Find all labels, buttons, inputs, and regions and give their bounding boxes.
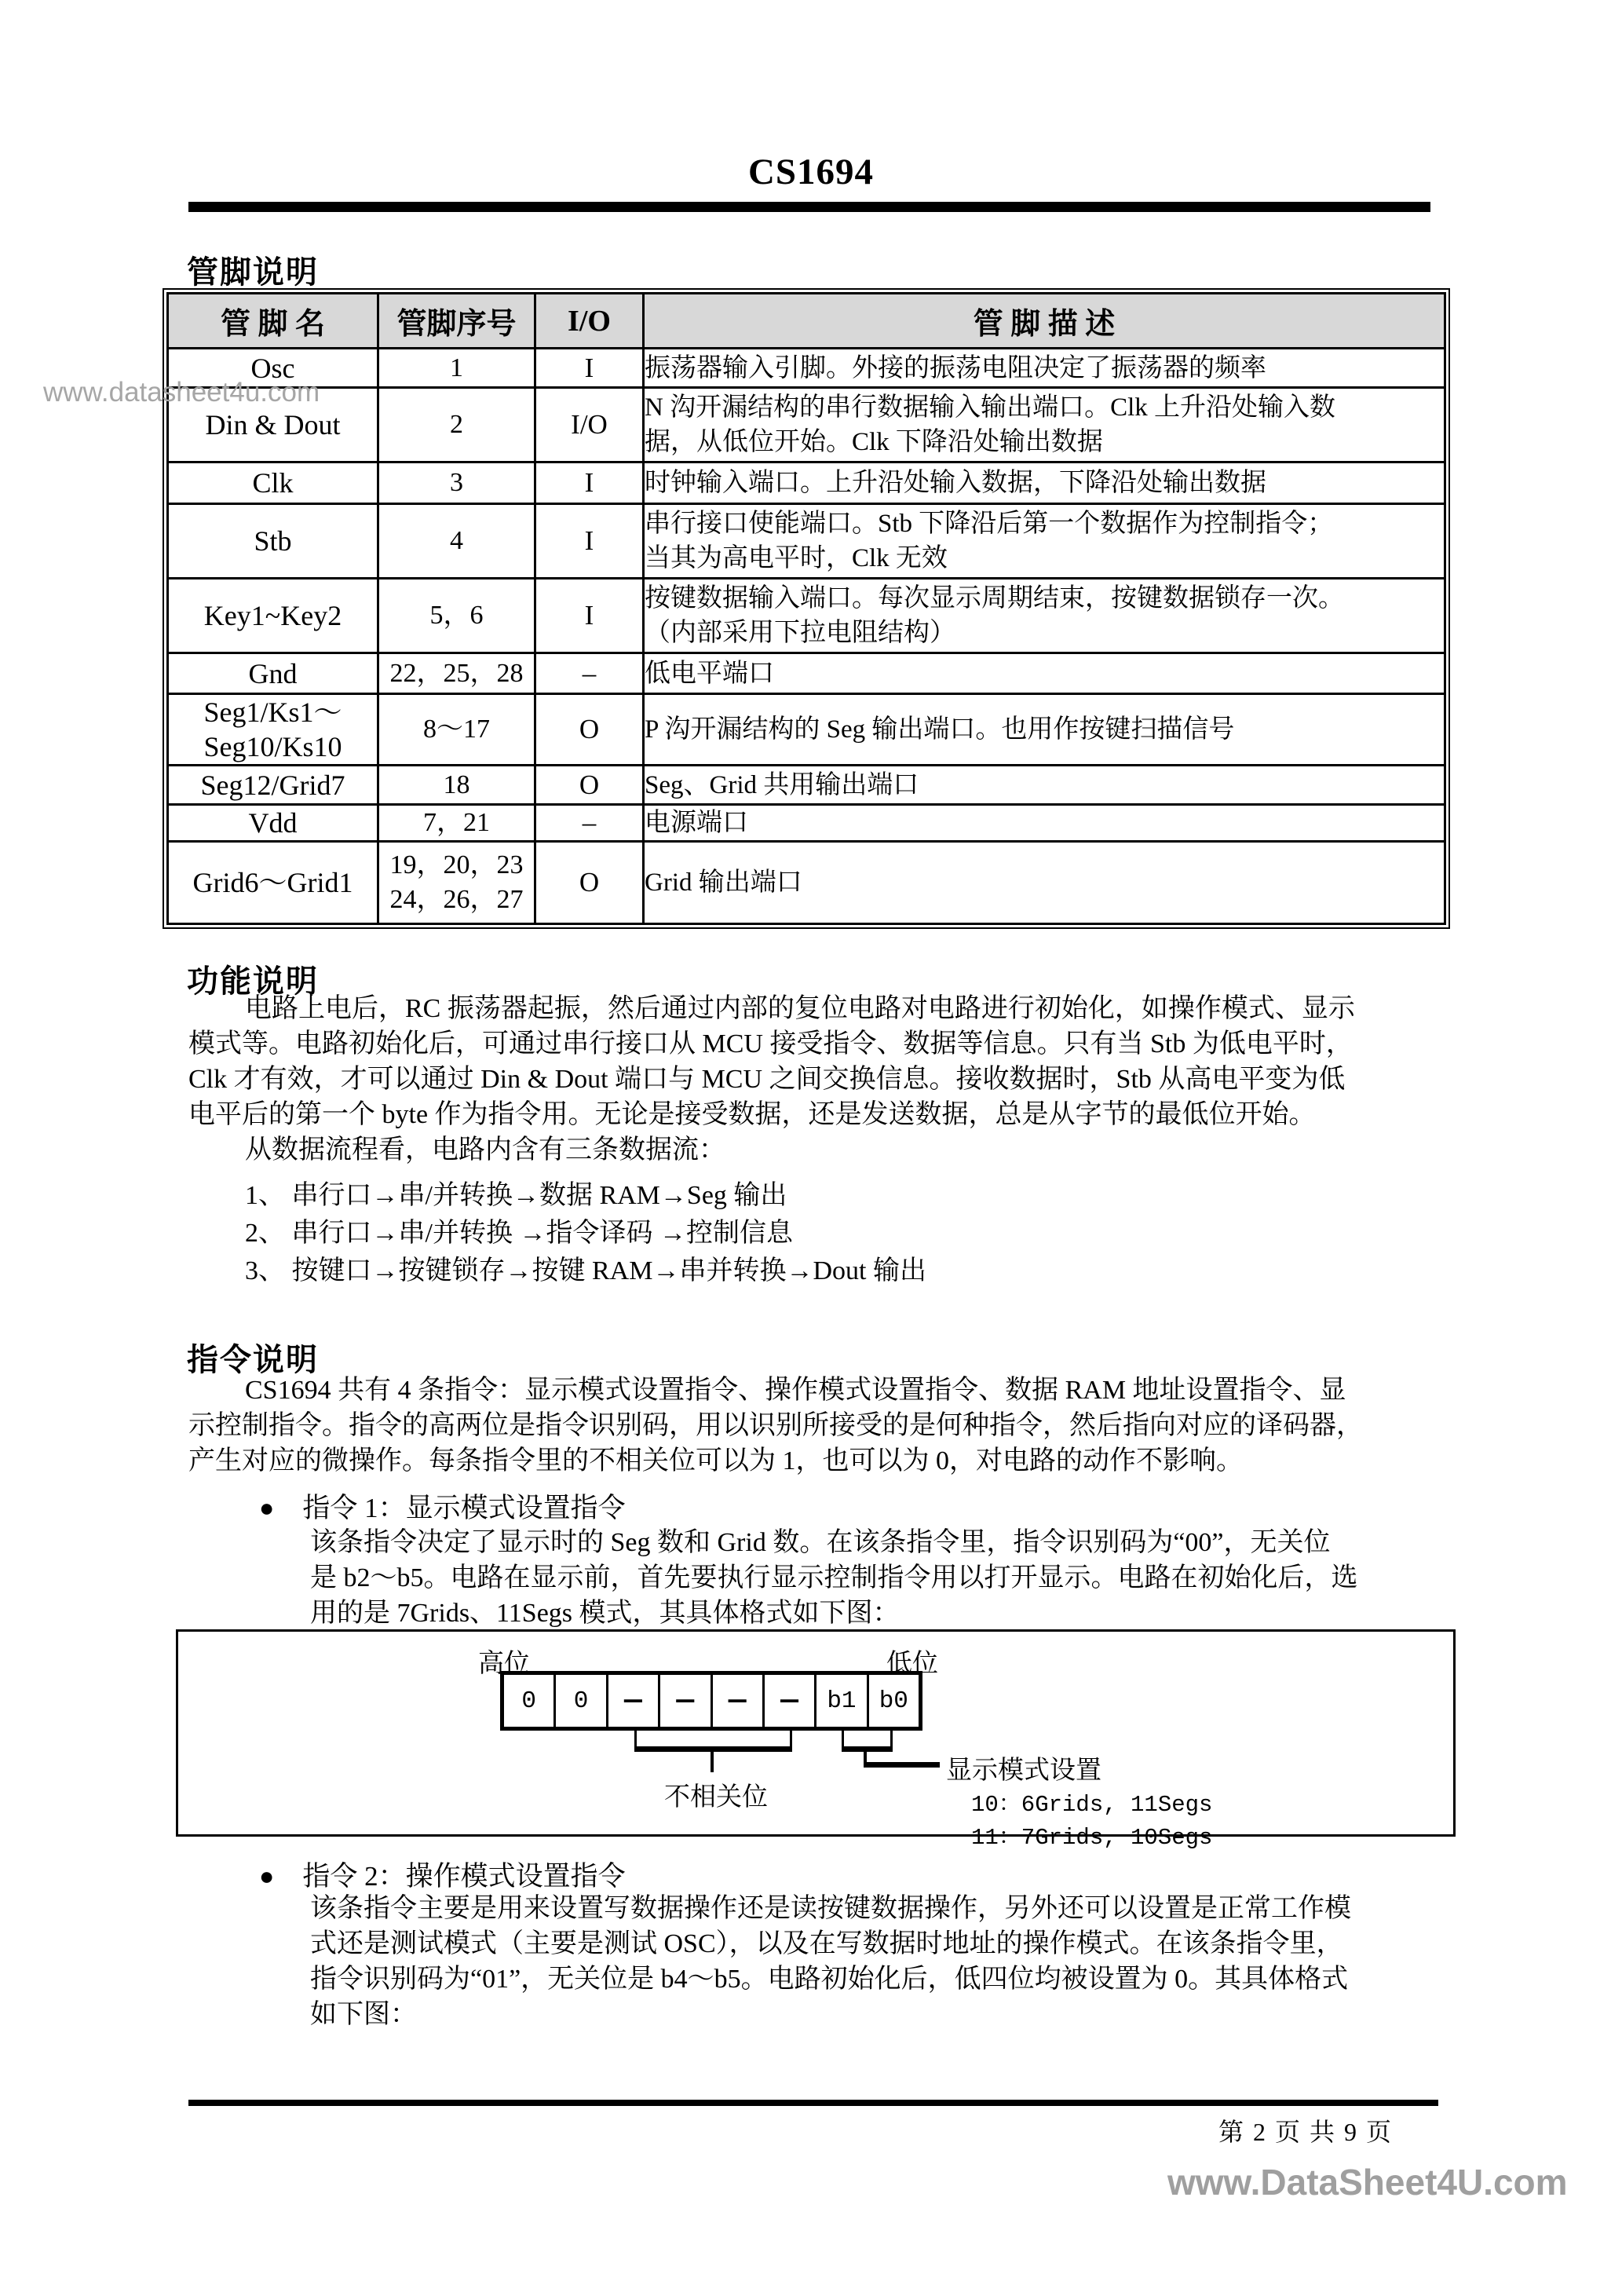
table-row: Osc 1 I 振荡器输入引脚。外接的振荡电阻决定了振荡器的频率: [168, 349, 1445, 388]
bracket-line: [842, 1731, 844, 1746]
pin-io: I: [535, 349, 644, 388]
page-title: CS1694: [0, 151, 1622, 193]
pin-number: 2: [378, 388, 535, 462]
pin-desc: 低电平端口: [644, 653, 1445, 694]
data-flow-item: 1、 串行口→串/并转换→数据 RAM→Seg 输出: [188, 1177, 1452, 1215]
instruction-2-heading: ●指令 2：操作模式设置指令: [259, 1855, 626, 1894]
bit-cell-b7: 0: [504, 1675, 556, 1727]
bracket-line: [890, 1731, 893, 1746]
bit-cell-b5: —: [608, 1675, 660, 1727]
bracket-line: [634, 1731, 637, 1746]
bit-cell-b2: —: [765, 1675, 816, 1727]
table-row: Key1~Key2 5，6 I 按键数据输入端口。每次显示周期结束，按键数据锁存…: [168, 579, 1445, 653]
bit-cell-b3: —: [713, 1675, 765, 1727]
pin-io: O: [535, 842, 644, 924]
paragraph-line: 指令识别码为“01”，无关位是 b4～b5。电路初始化后，低四位均被设置为 0。…: [310, 1961, 1456, 1997]
paragraph-line: Clk 才有效，才可以通过 Din & Dout 端口与 MCU 之间交换信息。…: [188, 1062, 1452, 1097]
table-row: Clk 3 I 时钟输入端口。上升沿处输入数据，下降沿处输出数据: [168, 462, 1445, 504]
pin-name: Gnd: [168, 653, 378, 694]
footer-rule: [188, 2100, 1438, 2106]
pin-io: O: [535, 694, 644, 766]
paragraph-line: 示控制指令。指令的高两位是指令识别码，用以识别所接受的是何种指令，然后指向对应的…: [188, 1408, 1452, 1443]
instruction-intro: CS1694 共有 4 条指令：显示模式设置指令、操作模式设置指令、数据 RAM…: [188, 1373, 1452, 1479]
data-flow-list: 1、 串行口→串/并转换→数据 RAM→Seg 输出 2、 串行口→串/并转换 …: [188, 1177, 1452, 1290]
paragraph-line: 从数据流程看，电路内含有三条数据流：: [188, 1132, 1452, 1168]
pin-name: Stb: [168, 504, 378, 579]
pin-number: 7，21: [378, 805, 535, 842]
instruction-1-heading: ●指令 1：显示模式设置指令: [259, 1486, 626, 1526]
table-row: Grid6～Grid1 19，20，2324，26，27 O Grid 输出端口: [168, 842, 1445, 924]
pin-io: –: [535, 805, 644, 842]
instruction-1-label: 指令 1：显示模式设置指令: [302, 1493, 625, 1523]
bit-cell-b4: —: [660, 1675, 712, 1727]
col-header-number: 管脚序号: [378, 294, 535, 349]
pin-io: O: [535, 766, 644, 805]
paragraph-line: 如下图：: [310, 1997, 1456, 2032]
pin-number: 22，25，28: [378, 653, 535, 694]
bullet-icon: ●: [259, 1862, 274, 1891]
command1-format-figure: 高位 低位 0 0 — — — — b1 b0 不相关位 显示模式设置 10：6…: [176, 1629, 1456, 1837]
col-header-io: I/O: [535, 294, 644, 349]
bit-cell-b6: 0: [556, 1675, 608, 1727]
irrelevant-bits-label: 不相关位: [649, 1776, 783, 1813]
data-flow-item: 2、 串行口→串/并转换 →指令译码 →控制信息: [188, 1215, 1452, 1252]
pin-table: 管 脚 名 管脚序号 I/O 管 脚 描 述 Osc 1 I 振荡器输入引脚。外…: [163, 288, 1450, 929]
data-flow-item: 3、 按键口→按键锁存→按键 RAM→串并转换→Dout 输出: [188, 1252, 1452, 1290]
table-row: Gnd 22，25，28 – 低电平端口: [168, 653, 1445, 694]
pin-number: 8～17: [378, 694, 535, 766]
table-row: Vdd 7，21 – 电源端口: [168, 805, 1445, 842]
bracket-line: [864, 1762, 940, 1768]
instruction-2-label: 指令 2：操作模式设置指令: [302, 1861, 625, 1892]
bit-field-row: 0 0 — — — — b1 b0: [500, 1671, 922, 1731]
pin-number: 19，20，2324，26，27: [378, 842, 535, 924]
instruction-2-body: 该条指令主要是用来设置写数据操作还是读按键数据操作，另外还可以设置是正常工作模 …: [310, 1891, 1456, 2032]
pin-number: 4: [378, 504, 535, 579]
pin-desc: P 沟开漏结构的 Seg 输出端口。也用作按键扫描信号: [644, 694, 1445, 766]
pin-number: 3: [378, 462, 535, 504]
bit-cell-b1: b1: [816, 1675, 868, 1727]
pin-desc: 按键数据输入端口。每次显示周期结束，按键数据锁存一次。（内部采用下拉电阻结构）: [644, 579, 1445, 653]
pin-number: 18: [378, 766, 535, 805]
bullet-icon: ●: [259, 1493, 274, 1523]
pin-name: Vdd: [168, 805, 378, 842]
paragraph-line: 该条指令决定了显示时的 Seg 数和 Grid 数。在该条指令里，指令识别码为“…: [310, 1525, 1456, 1560]
display-mode-label: 显示模式设置: [946, 1749, 1101, 1786]
function-description: 电路上电后，RC 振荡器起振，然后通过内部的复位电路对电路进行初始化，如操作模式…: [188, 991, 1452, 1290]
bracket-line: [634, 1746, 792, 1752]
mode-option-2: 11：7Grids, 10Segs: [971, 1819, 1212, 1851]
table-header-row: 管 脚 名 管脚序号 I/O 管 脚 描 述: [168, 294, 1445, 349]
watermark-top-left: www.datasheet4u.com: [43, 377, 320, 408]
section-title-pins: 管脚说明: [187, 247, 319, 292]
paragraph-line: 电平后的第一个 byte 作为指令用。无论是接受数据，还是发送数据，总是从字节的…: [188, 1097, 1452, 1132]
pin-desc: 时钟输入端口。上升沿处输入数据，下降沿处输出数据: [644, 462, 1445, 504]
page-number: 第 2 页 共 9 页: [1218, 2112, 1393, 2148]
pin-name: Key1~Key2: [168, 579, 378, 653]
mode-option-1: 10：6Grids, 11Segs: [971, 1786, 1212, 1818]
col-header-desc: 管 脚 描 述: [644, 294, 1445, 349]
pin-desc: 串行接口使能端口。Stb 下降沿后第一个数据作为控制指令；当其为高电平时，Clk…: [644, 504, 1445, 579]
pin-number: 1: [378, 349, 535, 388]
table-row: Din & Dout 2 I/O N 沟开漏结构的串行数据输入输出端口。Clk …: [168, 388, 1445, 462]
pin-name: Seg12/Grid7: [168, 766, 378, 805]
pin-desc: 振荡器输入引脚。外接的振荡电阻决定了振荡器的频率: [644, 349, 1445, 388]
pin-desc: 电源端口: [644, 805, 1445, 842]
pin-io: I: [535, 462, 644, 504]
instruction-1-body: 该条指令决定了显示时的 Seg 数和 Grid 数。在该条指令里，指令识别码为“…: [310, 1525, 1456, 1631]
title-rule: [188, 202, 1430, 212]
bit-cell-b0: b0: [869, 1675, 919, 1727]
pin-name: Seg1/Ks1～Seg10/Ks10: [168, 694, 378, 766]
bracket-line: [711, 1752, 714, 1772]
pin-io: I/O: [535, 388, 644, 462]
paragraph-line: 式还是测试模式（主要是测试 OSC），以及在写数据时地址的操作模式。在该条指令里…: [310, 1926, 1456, 1961]
pin-name: Grid6～Grid1: [168, 842, 378, 924]
paragraph-line: 用的是 7Grids、11Segs 模式，其具体格式如下图：: [310, 1596, 1456, 1631]
pin-desc: Seg、Grid 共用输出端口: [644, 766, 1445, 805]
pin-io: –: [535, 653, 644, 694]
table-row: Seg1/Ks1～Seg10/Ks10 8～17 O P 沟开漏结构的 Seg …: [168, 694, 1445, 766]
pin-io: I: [535, 579, 644, 653]
table-row: Stb 4 I 串行接口使能端口。Stb 下降沿后第一个数据作为控制指令；当其为…: [168, 504, 1445, 579]
pin-name: Clk: [168, 462, 378, 504]
datasheet-page: CS1694 www.datasheet4u.com 管脚说明 管 脚 名 管脚…: [0, 0, 1622, 2296]
paragraph-line: 模式等。电路初始化后，可通过串行接口从 MCU 接受指令、数据等信息。只有当 S…: [188, 1026, 1452, 1062]
bracket-line: [842, 1746, 893, 1752]
paragraph-line: 该条指令主要是用来设置写数据操作还是读按键数据操作，另外还可以设置是正常工作模: [310, 1891, 1456, 1926]
paragraph-line: 产生对应的微操作。每条指令里的不相关位可以为 1，也可以为 0，对电路的动作不影…: [188, 1443, 1452, 1479]
pin-io: I: [535, 504, 644, 579]
table-row: Seg12/Grid7 18 O Seg、Grid 共用输出端口: [168, 766, 1445, 805]
pin-number: 5，6: [378, 579, 535, 653]
watermark-bottom: www.DataSheet4U.com: [1167, 2161, 1568, 2203]
paragraph-line: 是 b2～b5。电路在显示前，首先要执行显示控制指令用以打开显示。电路在初始化后…: [310, 1560, 1456, 1596]
col-header-name: 管 脚 名: [168, 294, 378, 349]
pin-desc: N 沟开漏结构的串行数据输入输出端口。Clk 上升沿处输入数据，从低位开始。Cl…: [644, 388, 1445, 462]
bracket-line: [790, 1731, 792, 1746]
pin-desc: Grid 输出端口: [644, 842, 1445, 924]
paragraph-line: 电路上电后，RC 振荡器起振，然后通过内部的复位电路对电路进行初始化，如操作模式…: [188, 991, 1452, 1026]
paragraph-line: CS1694 共有 4 条指令：显示模式设置指令、操作模式设置指令、数据 RAM…: [188, 1373, 1452, 1408]
